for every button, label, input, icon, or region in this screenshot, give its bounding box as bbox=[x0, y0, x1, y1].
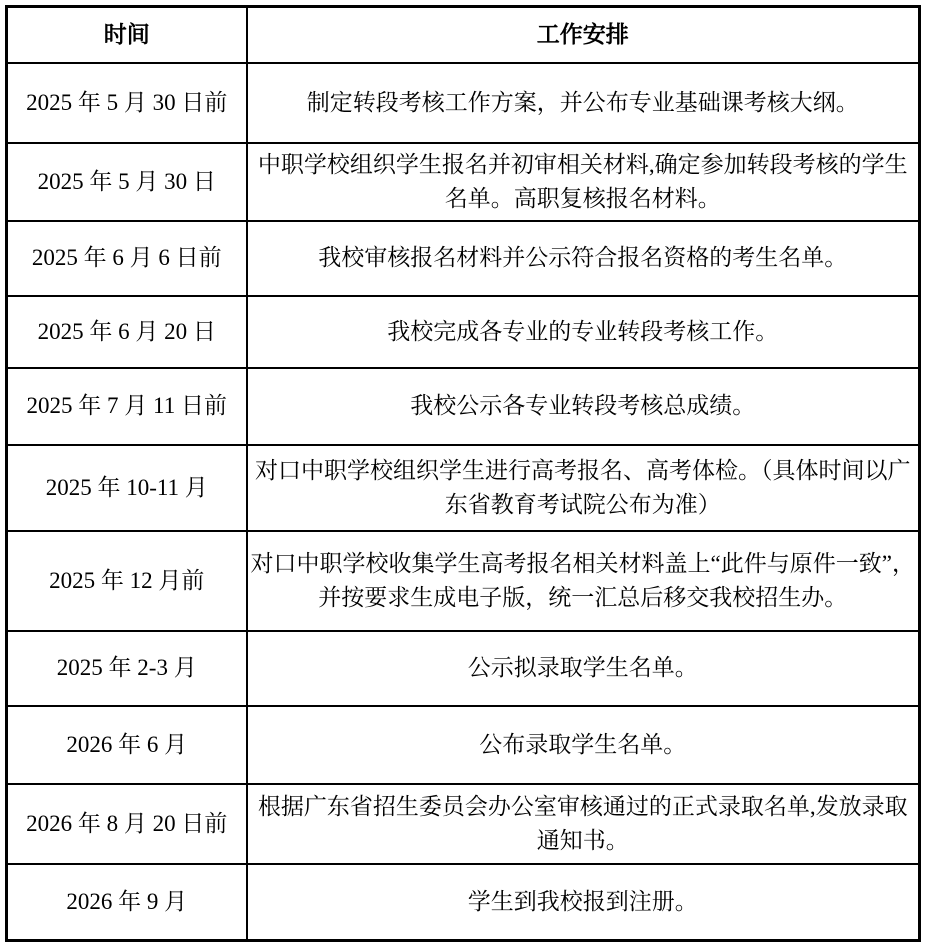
table-row: 2025 年 12 月前 对口中职学校收集学生高考报名相关材料盖上“此件与原件一… bbox=[7, 531, 920, 631]
table-row: 2026 年 8 月 20 日前 根据广东省招生委员会办公室审核通过的正式录取名… bbox=[7, 784, 920, 864]
task-cell: 中职学校组织学生报名并初审相关材料,确定参加转段考核的学生名单。高职复核报名材料… bbox=[247, 143, 920, 221]
task-cell: 公示拟录取学生名单。 bbox=[247, 631, 920, 706]
task-cell: 学生到我校报到注册。 bbox=[247, 864, 920, 941]
header-time: 时间 bbox=[7, 7, 247, 63]
time-cell: 2025 年 5 月 30 日前 bbox=[7, 63, 247, 143]
table-row: 2026 年 6 月 公布录取学生名单。 bbox=[7, 706, 920, 784]
table-header-row: 时间 工作安排 bbox=[7, 7, 920, 63]
header-task: 工作安排 bbox=[247, 7, 920, 63]
task-cell: 我校完成各专业的专业转段考核工作。 bbox=[247, 296, 920, 368]
task-cell: 对口中职学校组织学生进行高考报名、高考体检。（具体时间以广东省教育考试院公布为准… bbox=[247, 445, 920, 531]
table-row: 2025 年 7 月 11 日前 我校公示各专业转段考核总成绩。 bbox=[7, 368, 920, 445]
time-cell: 2025 年 2-3 月 bbox=[7, 631, 247, 706]
task-cell: 公布录取学生名单。 bbox=[247, 706, 920, 784]
table-row: 2025 年 10-11 月 对口中职学校组织学生进行高考报名、高考体检。（具体… bbox=[7, 445, 920, 531]
task-cell: 我校公示各专业转段考核总成绩。 bbox=[247, 368, 920, 445]
task-cell: 我校审核报名材料并公示符合报名资格的考生名单。 bbox=[247, 221, 920, 296]
time-cell: 2026 年 9 月 bbox=[7, 864, 247, 941]
time-cell: 2025 年 5 月 30 日 bbox=[7, 143, 247, 221]
task-cell: 制定转段考核工作方案，并公布专业基础课考核大纲。 bbox=[247, 63, 920, 143]
table-row: 2025 年 5 月 30 日 中职学校组织学生报名并初审相关材料,确定参加转段… bbox=[7, 143, 920, 221]
time-cell: 2025 年 7 月 11 日前 bbox=[7, 368, 247, 445]
time-cell: 2025 年 6 月 20 日 bbox=[7, 296, 247, 368]
table-row: 2025 年 5 月 30 日前 制定转段考核工作方案，并公布专业基础课考核大纲… bbox=[7, 63, 920, 143]
time-cell: 2026 年 8 月 20 日前 bbox=[7, 784, 247, 864]
task-cell: 对口中职学校收集学生高考报名相关材料盖上“此件与原件一致”，并按要求生成电子版，… bbox=[247, 531, 920, 631]
time-cell: 2025 年 12 月前 bbox=[7, 531, 247, 631]
table-row: 2025 年 2-3 月 公示拟录取学生名单。 bbox=[7, 631, 920, 706]
time-cell: 2025 年 10-11 月 bbox=[7, 445, 247, 531]
table-row: 2025 年 6 月 20 日 我校完成各专业的专业转段考核工作。 bbox=[7, 296, 920, 368]
time-cell: 2026 年 6 月 bbox=[7, 706, 247, 784]
schedule-table: 时间 工作安排 2025 年 5 月 30 日前 制定转段考核工作方案，并公布专… bbox=[5, 5, 921, 942]
task-cell: 根据广东省招生委员会办公室审核通过的正式录取名单,发放录取通知书。 bbox=[247, 784, 920, 864]
table-row: 2025 年 6 月 6 日前 我校审核报名材料并公示符合报名资格的考生名单。 bbox=[7, 221, 920, 296]
table-row: 2026 年 9 月 学生到我校报到注册。 bbox=[7, 864, 920, 941]
time-cell: 2025 年 6 月 6 日前 bbox=[7, 221, 247, 296]
